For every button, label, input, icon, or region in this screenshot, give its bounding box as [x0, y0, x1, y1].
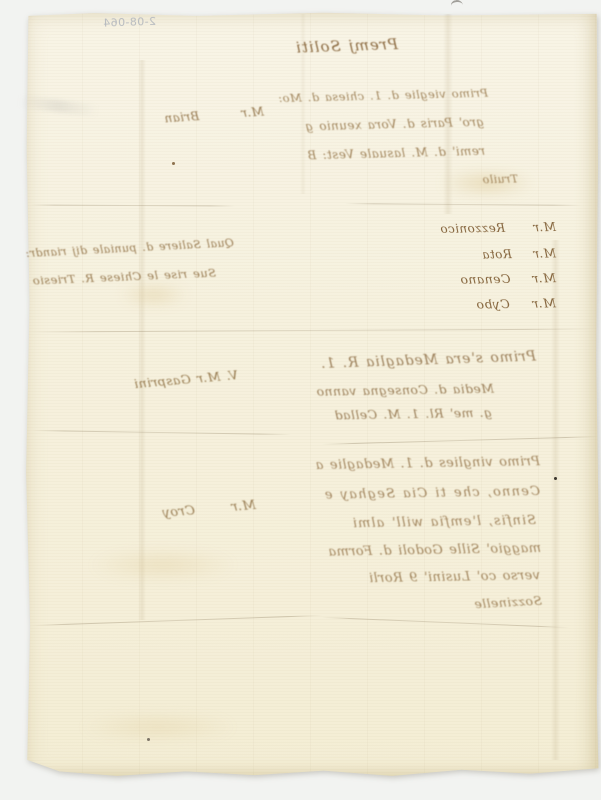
list-prefix: M.r [532, 270, 556, 285]
list-prefix: M.r [532, 295, 556, 310]
scan-background: 2-08-064 Premj Soliti Primo vieglie d. 1… [0, 0, 601, 800]
label-prefix: M.r [240, 105, 264, 121]
list-item: M.r Cenano [460, 270, 556, 287]
handwriting-line: g. me' Rl. 1. M. Cellad [348, 405, 492, 423]
handwriting-line: Media d. Consegna vanno [346, 381, 494, 399]
label-name: Brian [164, 109, 200, 125]
stain [118, 282, 190, 308]
list-item: M.r Rota [482, 246, 556, 261]
list-prefix: M.r [533, 220, 556, 234]
list-item: M.r Cybo [476, 295, 556, 311]
ink-speck [554, 477, 557, 480]
label-prefix: M.r [230, 498, 256, 515]
stain [78, 712, 238, 742]
ink-speck [172, 162, 175, 165]
page-heading: Premj Soliti [288, 35, 399, 57]
list-item: M.r Rezzonico [440, 220, 556, 236]
label-name: Croy [162, 503, 196, 521]
paper-crease [551, 240, 560, 760]
pencil-inventory-number: 2-08-064 [88, 15, 156, 30]
handwriting-line: Truilo [474, 172, 518, 186]
list-name: Rota [482, 247, 512, 262]
stain [88, 548, 238, 582]
paper-crease [138, 60, 146, 620]
list-name: Rezzonico [440, 221, 505, 236]
ink-mark-top-edge [450, 0, 463, 12]
list-prefix: M.r [533, 246, 556, 260]
list-name: Cybo [476, 296, 510, 312]
ink-speck [147, 738, 150, 741]
list-name: Cenano [460, 271, 511, 287]
